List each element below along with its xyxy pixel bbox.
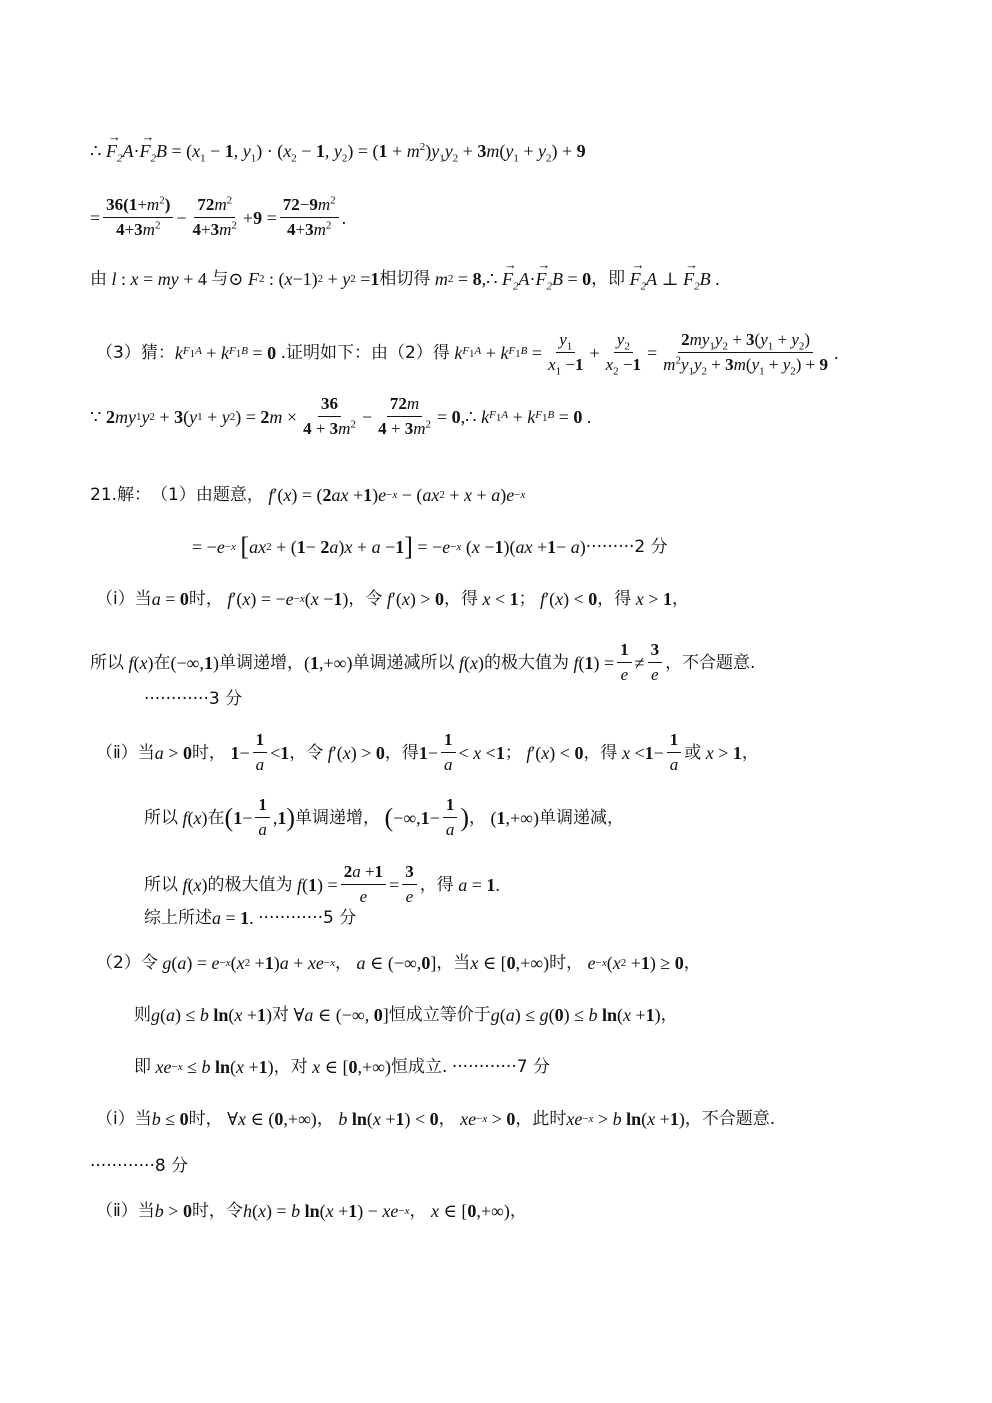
score-mark: ············5 分 — [258, 907, 356, 929]
formula-line-3: 由 l : x = my + 4 与⊙ F2 : (x−1)2 + y2 =1相… — [90, 268, 720, 290]
case-ii-label: （ⅱ）当 — [96, 742, 155, 764]
score-mark: ············7 分 — [452, 1056, 550, 1078]
part-3-label: （3）猜： — [96, 342, 175, 364]
formula-line-14: 综上所述a = 1. ············5 分 — [144, 907, 356, 929]
case-i-label: （ⅰ）当 — [96, 1108, 152, 1130]
formula-line-18: （ⅰ）当b ≤ 0时， ∀x ∈ (0,+∞)， b ln(x +1) < 0，… — [96, 1108, 775, 1130]
formula-line-12: 所以 f(x)在(1−1a,1)单调递增， (−∞,1−1a)， (1,+∞)单… — [144, 795, 624, 840]
formula-line-2: = 36(1+m2)4+3m2 − 72m24+3m2 +9 = 72−9m24… — [90, 195, 346, 240]
solution-label: 解： — [117, 484, 151, 506]
formula-line-9: 所以 f(x)在(−∞,1)单调递增，(1,+∞)单调递减所以 f(x)的极大值… — [90, 640, 755, 685]
case-ii-label: （ⅱ）当 — [96, 1200, 155, 1222]
formula-line-5: ∵ 2my1y2 + 3(y1 + y2) = 2m × 364 + 3m2− … — [90, 394, 591, 439]
score-line-3: ············3 分 — [144, 688, 242, 710]
formula-line-16: 则g(a) ≤ b ln(x +1)对 ∀a ∈ (−∞, 0]恒成立等价于g(… — [134, 1004, 678, 1026]
formula-line-15: （2）令 g(a) = e−x(x2 +1)a + xe−x， a ∈ (−∞,… — [96, 952, 701, 974]
case-i-label: （ⅰ）当 — [96, 588, 152, 610]
formula-line-1: ∴ F2A·F2B = (x1 − 1, y1) · (x2 − 1, y2) … — [90, 140, 586, 162]
formula-line-4: （3）猜： kF1A + kF1B = 0 .证明如下：由（2）得 kF1A +… — [96, 330, 839, 375]
formula-line-13: 所以 f(x)的极大值为 f(1) = 2a +1e= 3e，得 a = 1. — [144, 862, 500, 907]
formula-line-8: （ⅰ）当a = 0时， f′(x) = −e−x(x −1)，令 f′(x) >… — [96, 588, 689, 610]
formula-line-11: （ⅱ）当a > 0时， 1−1a<1，令 f′(x) > 0，得1−1a< x … — [96, 730, 759, 775]
part-2-label: （2）令 — [96, 952, 158, 974]
score-mark: ·········2 分 — [586, 536, 668, 558]
score-line-8: ············8 分 — [90, 1155, 188, 1177]
formula-line-7: = −e−x [ax2 + (1− 2a)x + a −1] = −e−x (x… — [192, 536, 668, 558]
score-mark: ············3 分 — [144, 688, 242, 710]
formula-line-17: 即 xe−x ≤ b ln(x +1)，对 x ∈ [0,+∞)恒成立. ···… — [134, 1056, 550, 1078]
part-1-label: （1）由题意， — [151, 484, 264, 506]
question-21-header: 21. 解： （1）由题意， f′(x) = (2ax +1)e−x − (ax… — [90, 484, 525, 506]
score-mark: ············8 分 — [90, 1155, 188, 1177]
formula-line-20: （ⅱ）当b > 0时，令h(x) = b ln(x +1) − xe−x， x … — [96, 1200, 527, 1222]
question-number: 21. — [90, 484, 117, 506]
